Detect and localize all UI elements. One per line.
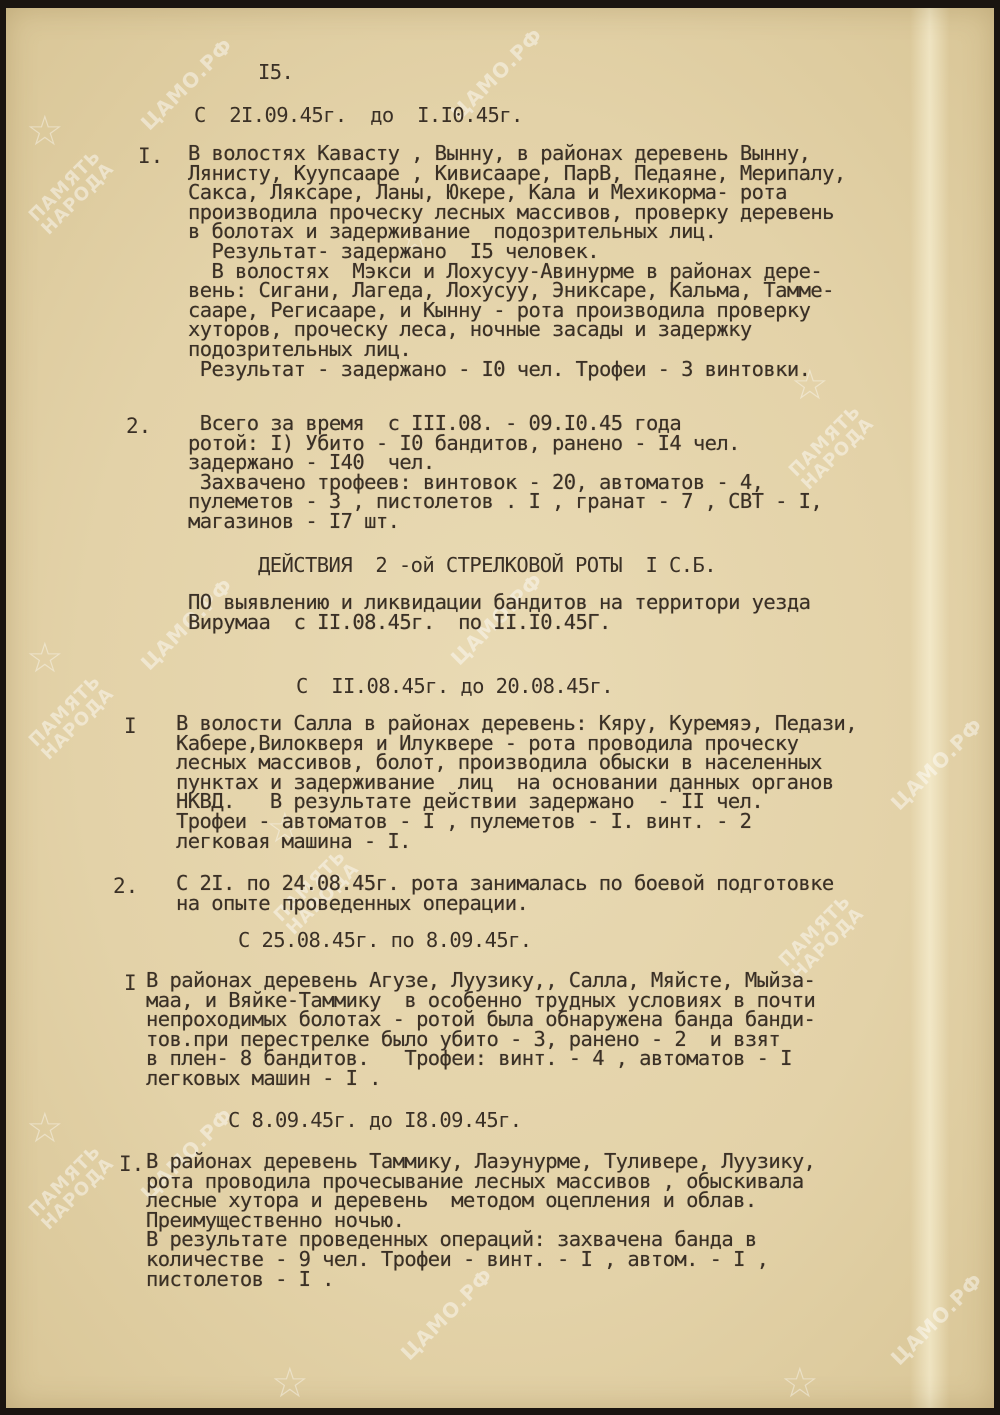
- item-number: I.: [119, 1152, 144, 1176]
- star-watermark-icon: ☆: [26, 633, 64, 682]
- watermark-line: НАРОДА: [37, 1153, 118, 1234]
- paragraph-text: В волости Салла в районах деревень: Кяру…: [176, 714, 857, 851]
- paragraph-text: Всего за время с III.08. - 09.I0.45 года…: [188, 414, 822, 532]
- watermark-tsamo: ЦАМО.РФ: [886, 713, 988, 815]
- star-watermark-icon: ☆: [26, 106, 64, 155]
- watermark-line: ПАМЯТЬ: [25, 1141, 105, 1221]
- star-watermark-icon: ☆: [26, 1103, 64, 1152]
- watermark-line: ПАМЯТЬ: [25, 146, 105, 226]
- paragraph-text: В районах деревень Таммику, Лаэунурме, Т…: [146, 1152, 815, 1289]
- section-subtitle: ПО выявлению и ликвидации бандитов на те…: [188, 593, 810, 632]
- period-heading: С II.08.45г. до 20.08.45г.: [296, 674, 613, 698]
- period-heading: С 8.09.45г. до I8.09.45г.: [228, 1108, 522, 1132]
- archival-document-page: ЦАМО.РФ ЦАМО.РФ ЦАМО.РФ ЦАМО.РФ ЦАМО.РФ …: [6, 8, 994, 1408]
- paragraph-text: В районах деревень Агузе, Луузику,, Салл…: [146, 971, 815, 1089]
- paragraph-text: С 2I. по 24.08.45г. рота занималась по б…: [176, 874, 834, 913]
- watermark-pamyat-naroda: ПАМЯТЬНАРОДА: [26, 147, 118, 239]
- period-heading: С 25.08.45г. по 8.09.45г.: [238, 928, 532, 952]
- item-number: I: [124, 971, 137, 995]
- paragraph-text: В волостях Кавасту , Вынну, в районах де…: [188, 144, 846, 379]
- section-title: ДЕЙСТВИЯ 2 -ой СТРЕЛКОВОЙ РОТЫ I С.Б.: [258, 553, 716, 577]
- watermark-line: НАРОДА: [37, 158, 118, 239]
- star-watermark-icon: ☆: [271, 1358, 309, 1407]
- star-watermark-icon: ☆: [781, 1358, 819, 1407]
- page-number: I5.: [258, 60, 293, 84]
- item-number: 2.: [126, 414, 151, 438]
- watermark-pamyat-naroda: ПАМЯТЬНАРОДА: [26, 1142, 118, 1234]
- item-number: I.: [138, 144, 163, 168]
- watermark-tsamo: ЦАМО.РФ: [886, 1268, 988, 1370]
- watermark-line: ПАМЯТЬ: [25, 671, 105, 751]
- watermark-line: НАРОДА: [37, 683, 118, 764]
- period-heading: С 2I.09.45г. до I.I0.45г.: [194, 103, 523, 127]
- item-number: I: [124, 714, 137, 738]
- item-number: 2.: [113, 874, 138, 898]
- watermark-pamyat-naroda: ПАМЯТЬНАРОДА: [26, 672, 118, 764]
